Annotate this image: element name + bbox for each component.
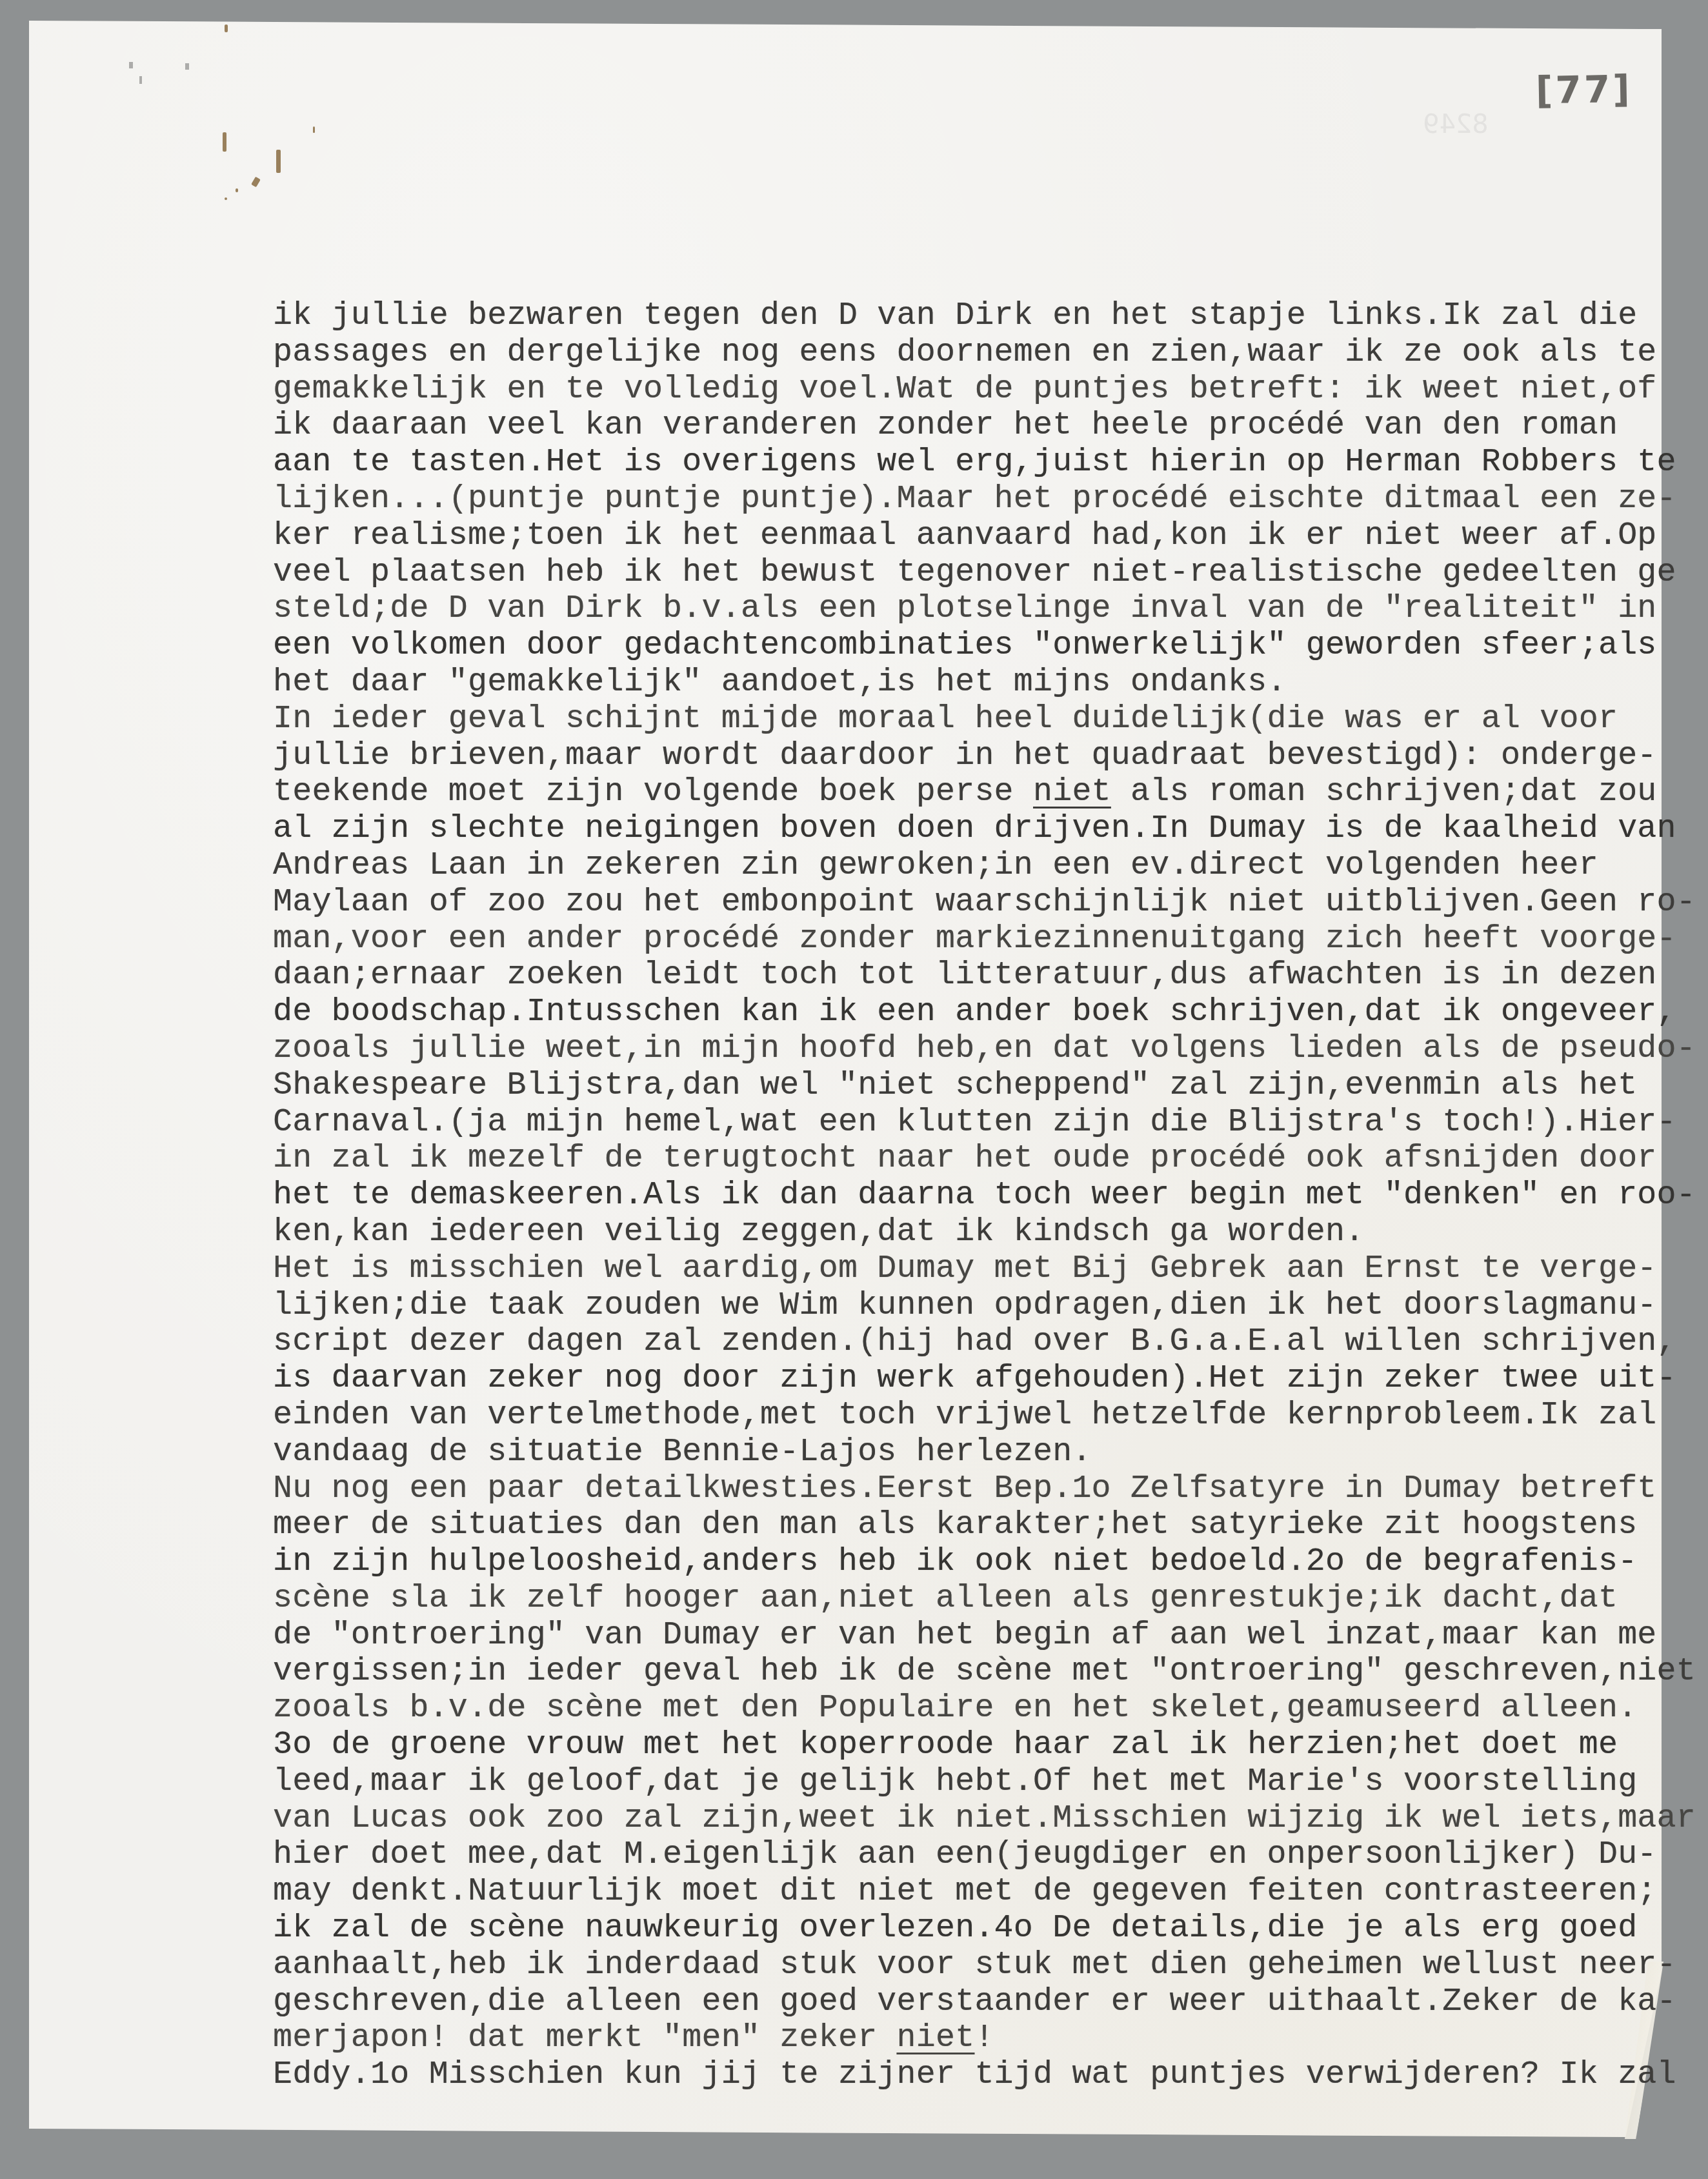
- rust-mark: [276, 150, 281, 173]
- typed-line: het daar "gemakkelijk" aandoet,is het mi…: [273, 665, 1696, 701]
- punch-speck: [185, 63, 189, 70]
- typed-line: merjapon! dat merkt "men" zeker niet!: [273, 2020, 1696, 2057]
- typed-line: jullie brieven,maar wordt daardoor in he…: [273, 738, 1696, 775]
- typed-line: de "ontroering" van Dumay er van het beg…: [273, 1618, 1696, 1654]
- punch-speck: [129, 62, 133, 68]
- typed-line: Carnaval.(ja mijn hemel,wat een klutten …: [273, 1105, 1696, 1141]
- typed-line: daan;ernaar zoeken leidt toch tot litter…: [273, 958, 1696, 994]
- typed-line: script dezer dagen zal zenden.(hij had o…: [273, 1324, 1696, 1361]
- underlined-word: niet: [1033, 774, 1111, 810]
- rust-mark: [236, 188, 238, 192]
- typescript-body: ik jullie bezwaren tegen den D van Dirk …: [273, 298, 1696, 2094]
- typed-line: veel plaatsen heb ik het bewust tegenove…: [273, 555, 1696, 592]
- typed-line: Nu nog een paar detailkwesties.Eerst Bep…: [273, 1471, 1696, 1508]
- typed-line: al zijn slechte neigingen boven doen dri…: [273, 811, 1696, 848]
- typed-line: passages en dergelijke nog eens doorneme…: [273, 335, 1696, 372]
- typed-line: steld;de D van Dirk b.v.als een plotseli…: [273, 591, 1696, 628]
- typed-line: In ieder geval schijnt mijde moraal heel…: [273, 701, 1696, 738]
- typed-line: leed,maar ik geloof,dat je gelijk hebt.O…: [273, 1764, 1696, 1801]
- typed-line: Het is misschien wel aardig,om Dumay met…: [273, 1251, 1696, 1288]
- typed-line: teekende moet zijn volgende boek perse n…: [273, 774, 1696, 811]
- typed-line: aanhaalt,heb ik inderdaad stuk voor stuk…: [273, 1947, 1696, 1984]
- reverse-stamp-showthrough: 8249: [1423, 110, 1489, 139]
- typed-line: het te demaskeeren.Als ik dan daarna toc…: [273, 1178, 1696, 1214]
- underlined-word: niet: [897, 2020, 975, 2056]
- typed-line: in zijn hulpeloosheid,anders heb ik ook …: [273, 1544, 1696, 1581]
- typed-line: ker realisme;toen ik het eenmaal aanvaar…: [273, 518, 1696, 555]
- typed-line: ik jullie bezwaren tegen den D van Dirk …: [273, 298, 1696, 335]
- rust-mark: [313, 126, 315, 133]
- typed-line: vandaag de situatie Bennie-Lajos herleze…: [273, 1434, 1696, 1471]
- typed-line: hier doet mee,dat M.eigenlijk aan een(je…: [273, 1837, 1696, 1874]
- typed-line: Andreas Laan in zekeren zin gewroken;in …: [273, 848, 1696, 885]
- typed-line: 3o de groene vrouw met het koperroode ha…: [273, 1727, 1696, 1764]
- punch-speck: [139, 76, 142, 84]
- typed-line: Shakespeare Blijstra,dan wel "niet schep…: [273, 1068, 1696, 1105]
- typed-line: ken,kan iedereen veilig zeggen,dat ik ki…: [273, 1214, 1696, 1251]
- rust-mark: [225, 25, 228, 32]
- typed-line: lijken;die taak zouden we Wim kunnen opd…: [273, 1288, 1696, 1325]
- typed-line: ik daaraan veel kan veranderen zonder he…: [273, 408, 1696, 445]
- typed-line: ik zal de scène nauwkeurig overlezen.4o …: [273, 1911, 1696, 1947]
- typed-line: einden van vertelmethode,met toch vrijwe…: [273, 1398, 1696, 1434]
- typed-line: een volkomen door gedachtencombinaties "…: [273, 628, 1696, 665]
- handwritten-page-number: [77]: [1535, 67, 1633, 113]
- typed-line: de boodschap.Intusschen kan ik een ander…: [273, 994, 1696, 1031]
- typed-line: in zal ik mezelf de terugtocht naar het …: [273, 1141, 1696, 1178]
- typed-line: scène sla ik zelf hooger aan,niet alleen…: [273, 1581, 1696, 1618]
- typed-line: may denkt.Natuurlijk moet dit niet met d…: [273, 1874, 1696, 1911]
- rust-mark: [223, 132, 226, 152]
- typed-line: van Lucas ook zoo zal zijn,weet ik niet.…: [273, 1801, 1696, 1838]
- rust-mark: [225, 197, 227, 200]
- typed-line: meer de situaties dan den man als karakt…: [273, 1507, 1696, 1544]
- typed-line: zooals b.v.de scène met den Populaire en…: [273, 1691, 1696, 1727]
- typed-line: geschreven,die alleen een goed verstaand…: [273, 1984, 1696, 2021]
- typed-line: lijken...(puntje puntje puntje).Maar het…: [273, 481, 1696, 518]
- typed-line: is daarvan zeker nog door zijn werk afge…: [273, 1361, 1696, 1398]
- typed-line: gemakkelijk en te volledig voel.Wat de p…: [273, 372, 1696, 408]
- typed-line: vergissen;in ieder geval heb ik de scène…: [273, 1654, 1696, 1691]
- typed-line: zooals jullie weet,in mijn hoofd heb,en …: [273, 1031, 1696, 1068]
- typed-line: Maylaan of zoo zou het embonpoint waarsc…: [273, 885, 1696, 921]
- typed-line: man,voor een ander procédé zonder markie…: [273, 921, 1696, 958]
- typed-line: Eddy.1o Misschien kun jij te zijner tijd…: [273, 2057, 1696, 2094]
- typed-line: aan te tasten.Het is overigens wel erg,j…: [273, 445, 1696, 481]
